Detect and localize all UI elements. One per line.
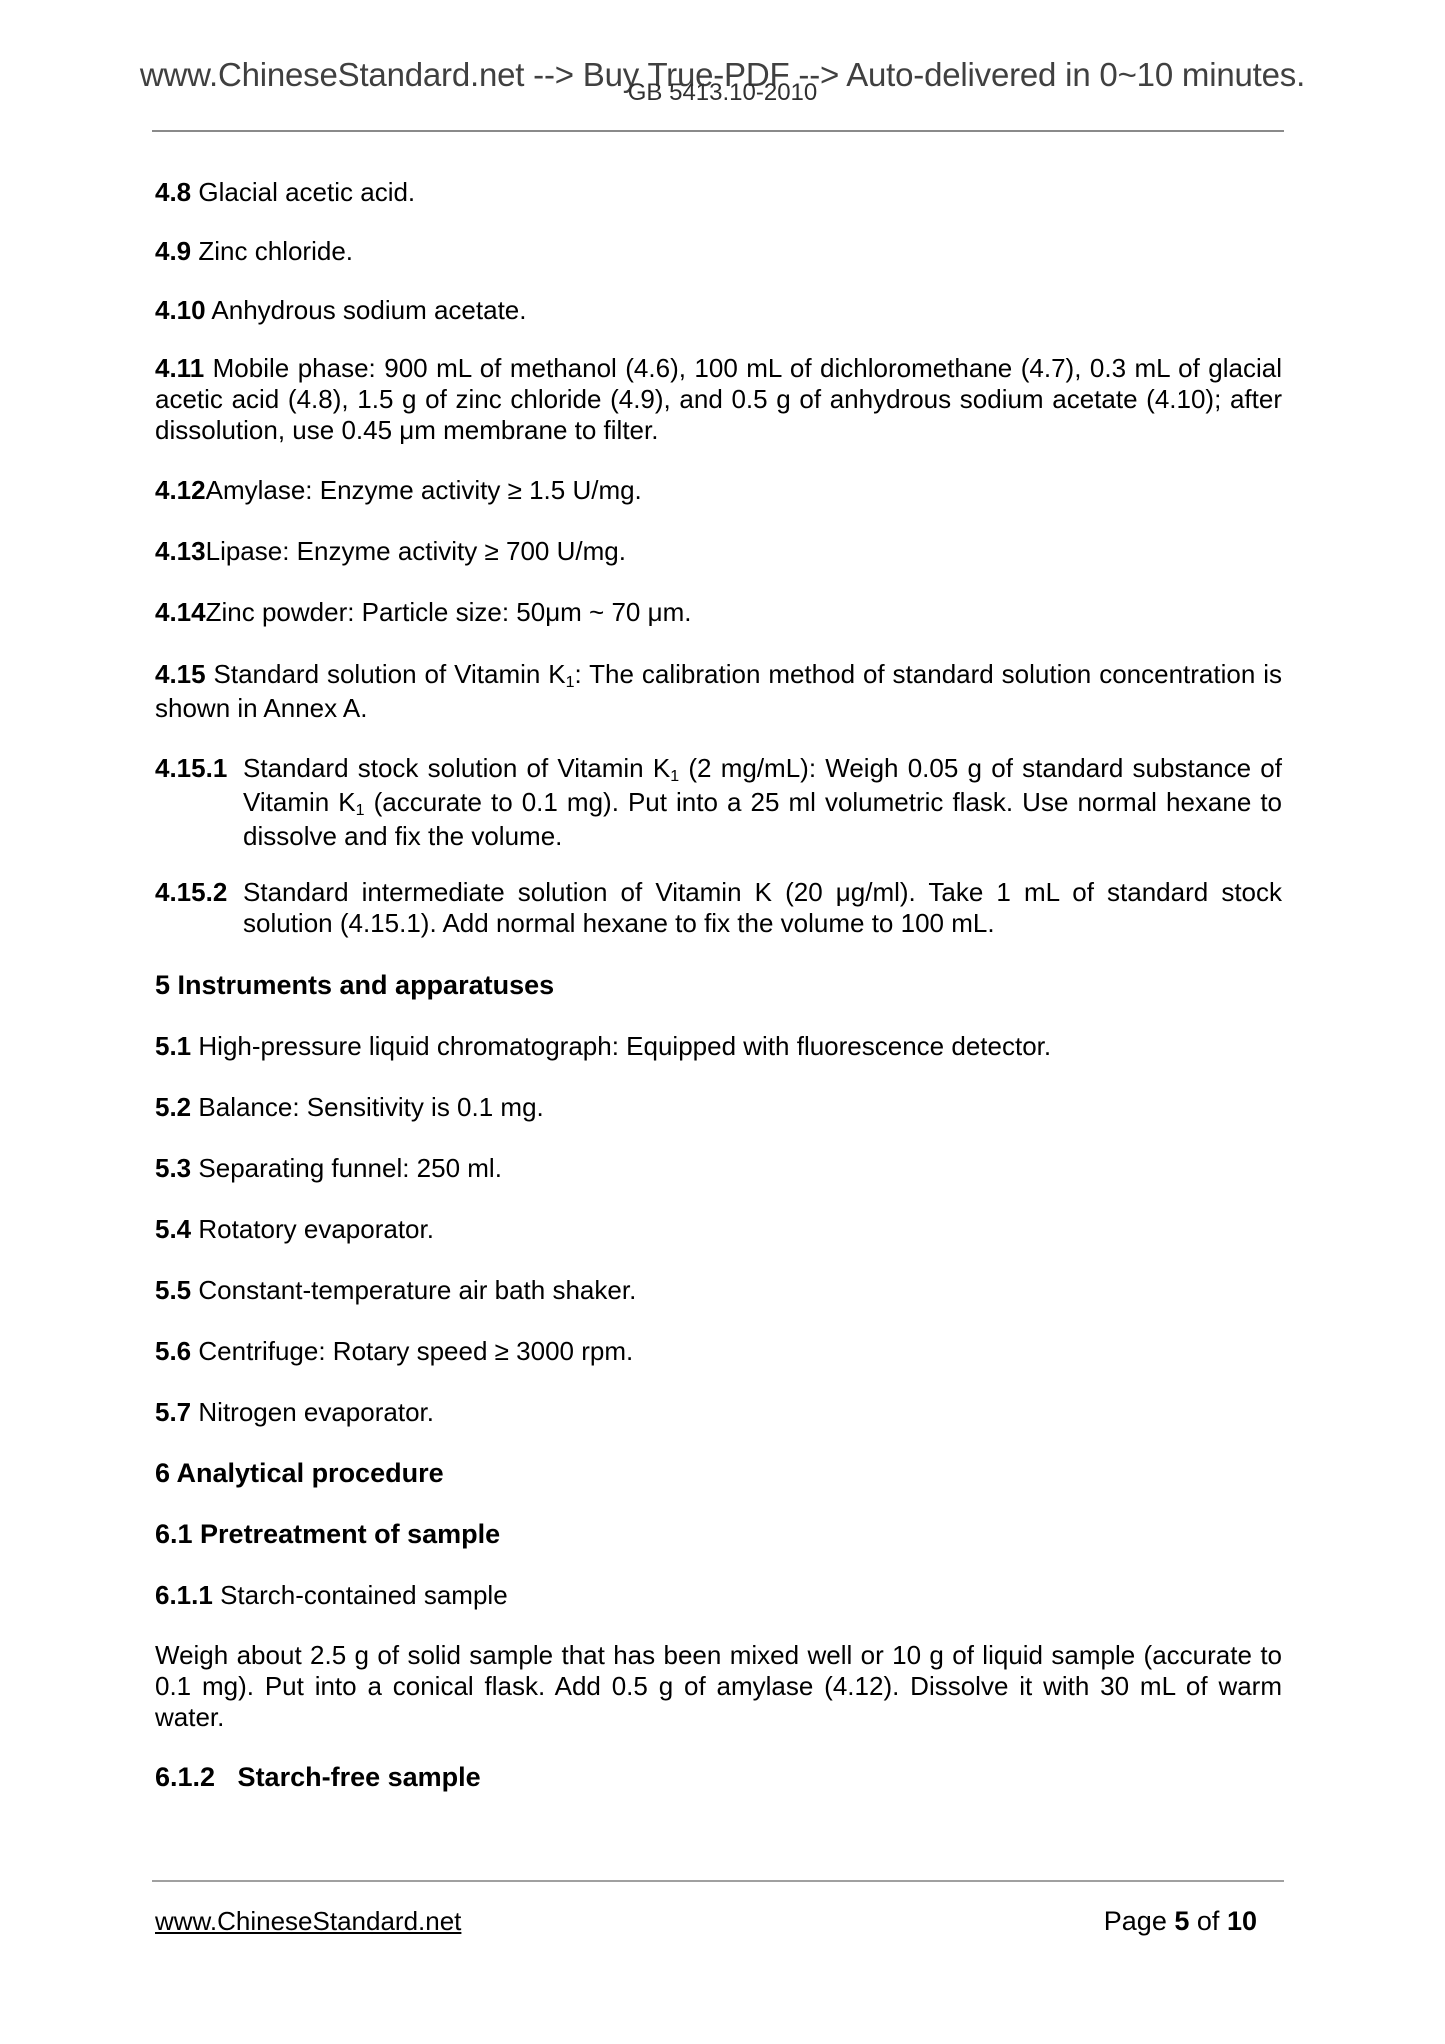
- clause-text: Separating funnel: 250 ml.: [198, 1153, 502, 1183]
- page-indicator: Page 5 of 10: [1104, 1906, 1257, 1937]
- subsection-heading-6-1: 6.1 Pretreatment of sample: [155, 1518, 1282, 1551]
- clause-text: Standard solution of Vitamin K: [214, 659, 566, 689]
- text-run: Standard stock solution of Vitamin K: [243, 753, 670, 783]
- clause-number: 4.8: [155, 177, 191, 207]
- clause-number: 4.9: [155, 236, 191, 266]
- clause-number: 4.13: [155, 536, 206, 566]
- clause-5-2: 5.2 Balance: Sensitivity is 0.1 mg.: [155, 1091, 1282, 1124]
- clause-4-14: 4.14Zinc powder: Particle size: 50μm ~ 7…: [155, 596, 1282, 629]
- clause-text: Constant-temperature air bath shaker.: [198, 1275, 636, 1305]
- clause-text: Zinc chloride.: [198, 236, 353, 266]
- page-of: of: [1197, 1906, 1220, 1936]
- footer-website-link[interactable]: www.ChineseStandard.net: [155, 1906, 461, 1937]
- clause-4-11: 4.11 Mobile phase: 900 mL of methanol (4…: [155, 353, 1282, 446]
- clause-text: Centrifuge: Rotary speed ≥ 3000 rpm.: [198, 1336, 633, 1366]
- section-heading-5: 5 Instruments and apparatuses: [155, 969, 1282, 1002]
- subsection-heading-6-1-2: 6.1.2 Starch-free sample: [155, 1761, 1282, 1794]
- clause-number: 5.5: [155, 1275, 191, 1305]
- paragraph-starch-contained: Weigh about 2.5 g of solid sample that h…: [155, 1640, 1282, 1733]
- clause-4-13: 4.13Lipase: Enzyme activity ≥ 700 U/mg.: [155, 535, 1282, 568]
- clause-number: 4.15: [155, 659, 206, 689]
- clause-5-3: 5.3 Separating funnel: 250 ml.: [155, 1152, 1282, 1185]
- section-heading-6: 6 Analytical procedure: [155, 1457, 1282, 1490]
- subscript: 1: [566, 674, 575, 691]
- clause-number: 4.10: [155, 295, 206, 325]
- clause-5-5: 5.5 Constant-temperature air bath shaker…: [155, 1274, 1282, 1307]
- clause-number: 5.4: [155, 1214, 191, 1244]
- document-body: 4.8 Glacial acetic acid. 4.9 Zinc chlori…: [155, 176, 1282, 1794]
- clause-4-15: 4.15 Standard solution of Vitamin K1: Th…: [155, 657, 1282, 725]
- clause-number: 5.6: [155, 1336, 191, 1366]
- text-run: (accurate to 0.1 mg). Put into a 25 ml v…: [243, 787, 1282, 851]
- clause-text: Glacial acetic acid.: [198, 177, 415, 207]
- clause-5-7: 5.7 Nitrogen evaporator.: [155, 1396, 1282, 1429]
- clause-text: Rotatory evaporator.: [198, 1214, 434, 1244]
- clause-5-4: 5.4 Rotatory evaporator.: [155, 1213, 1282, 1246]
- clause-text: Anhydrous sodium acetate.: [211, 295, 526, 325]
- clause-number: 5.3: [155, 1153, 191, 1183]
- clause-number: 6.1.1: [155, 1580, 213, 1610]
- footer-divider: [152, 1880, 1284, 1882]
- clause-6-1-1: 6.1.1 Starch-contained sample: [155, 1579, 1282, 1612]
- clause-text: Zinc powder: Particle size: 50μm ~ 70 μm…: [206, 597, 692, 627]
- clause-text: High-pressure liquid chromatograph: Equi…: [198, 1031, 1051, 1061]
- clause-number: 5.2: [155, 1092, 191, 1122]
- clause-number: 4.15.1: [155, 751, 243, 853]
- page-label: Page: [1104, 1906, 1167, 1936]
- clause-text: Balance: Sensitivity is 0.1 mg.: [198, 1092, 543, 1122]
- clause-number: 4.15.2: [155, 877, 243, 939]
- clause-text: Amylase: Enzyme activity ≥ 1.5 U/mg.: [206, 475, 642, 505]
- clause-4-12: 4.12Amylase: Enzyme activity ≥ 1.5 U/mg.: [155, 474, 1282, 507]
- clause-5-6: 5.6 Centrifuge: Rotary speed ≥ 3000 rpm.: [155, 1335, 1282, 1368]
- subscript: 1: [670, 768, 679, 785]
- clause-text: Standard stock solution of Vitamin K1 (2…: [243, 751, 1282, 853]
- clause-4-8: 4.8 Glacial acetic acid.: [155, 176, 1282, 209]
- clause-text: Standard intermediate solution of Vitami…: [243, 877, 1282, 939]
- page-current: 5: [1174, 1906, 1189, 1936]
- clause-number: 4.12: [155, 475, 206, 505]
- clause-text: Lipase: Enzyme activity ≥ 700 U/mg.: [206, 536, 626, 566]
- clause-4-9: 4.9 Zinc chloride.: [155, 235, 1282, 268]
- standard-code: GB 5413.10-2010: [0, 79, 1445, 107]
- clause-text: Starch-contained sample: [220, 1580, 508, 1610]
- header-divider: [152, 130, 1284, 132]
- clause-4-15-2: 4.15.2 Standard intermediate solution of…: [155, 877, 1282, 939]
- clause-text: Mobile phase: 900 mL of methanol (4.6), …: [155, 353, 1282, 445]
- clause-text: Nitrogen evaporator.: [198, 1397, 434, 1427]
- page-total: 10: [1227, 1906, 1257, 1936]
- clause-5-1: 5.1 High-pressure liquid chromatograph: …: [155, 1030, 1282, 1063]
- clause-number: 4.11: [155, 353, 204, 383]
- clause-4-15-1: 4.15.1 Standard stock solution of Vitami…: [155, 751, 1282, 853]
- clause-number: 4.14: [155, 597, 206, 627]
- subscript: 1: [356, 802, 365, 819]
- clause-4-10: 4.10 Anhydrous sodium acetate.: [155, 294, 1282, 327]
- clause-number: 5.1: [155, 1031, 191, 1061]
- clause-number: 5.7: [155, 1397, 191, 1427]
